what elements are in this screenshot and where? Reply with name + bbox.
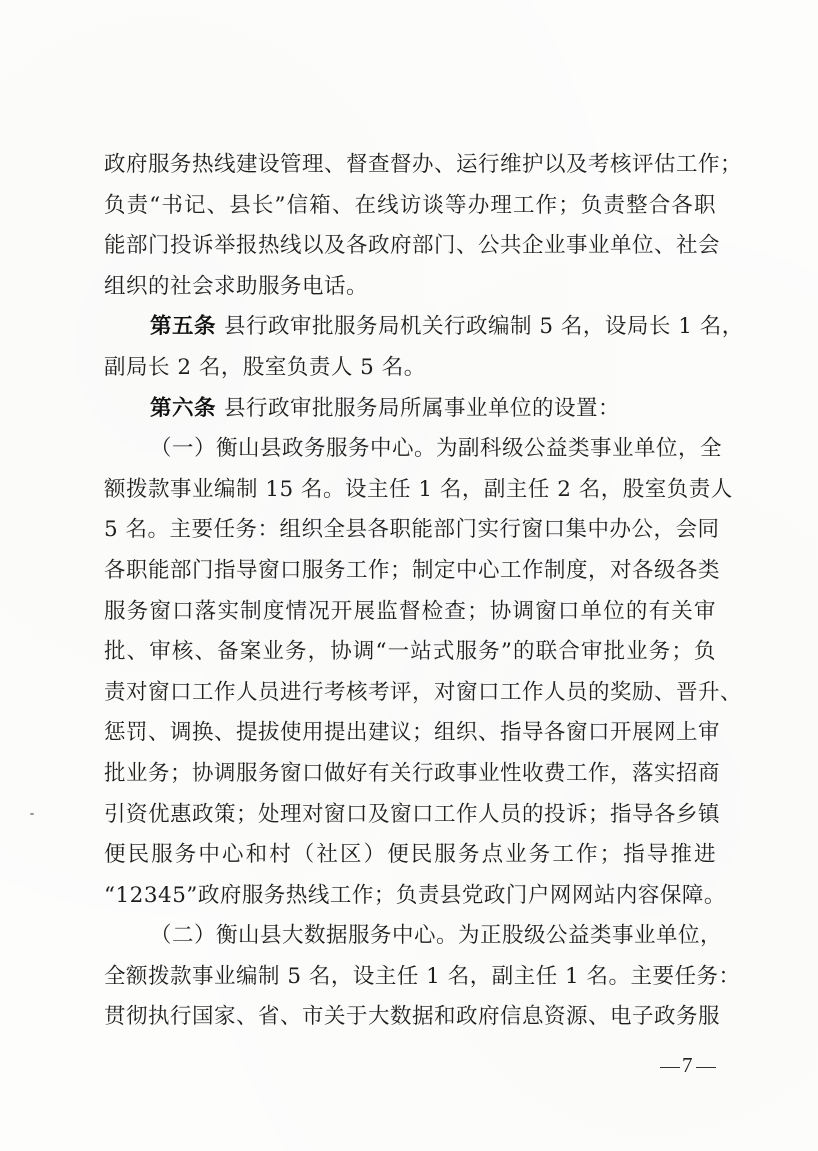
article-5-heading: 第五条 xyxy=(150,314,216,339)
scan-speck xyxy=(118,641,121,643)
section-1-line: （一）衡山县政务服务中心。为副科级公益类事业单位，全 xyxy=(104,429,716,470)
section-2-line: 贯彻执行国家、省、市关于大数据和政府信息资源、电子政务服 xyxy=(104,997,716,1038)
section-1-line: 额拨款事业编制 15 名。设主任 1 名，副主任 2 名，股室负责人 xyxy=(104,470,716,511)
section-1-line: 服务窗口落实制度情况开展监督检查；协调窗口单位的有关审 xyxy=(104,592,716,633)
article-6-line-1: 第六条县行政审批服务局所属事业单位的设置： xyxy=(104,389,716,430)
dash-left xyxy=(660,1067,680,1068)
document-body: 政府服务热线建设管理、督查督办、运行维护以及考核评估工作； 负责“书记、县长”信… xyxy=(104,145,716,1038)
section-1-line: “12345”政府服务热线工作；负责县党政门户网网站内容保障。 xyxy=(104,876,716,917)
section-1-line: 引资优惠政策；处理对窗口及窗口工作人员的投诉；指导各乡镇 xyxy=(104,795,716,836)
scan-speck xyxy=(30,813,34,815)
section-2-line: （二）衡山县大数据服务中心。为正股级公益类事业单位， xyxy=(104,916,716,957)
section-2-line: 全额拨款事业编制 5 名，设主任 1 名，副主任 1 名。主要任务： xyxy=(104,957,716,998)
section-1-line: 5 名。主要任务：组织全县各职能部门实行窗口集中办公，会同 xyxy=(104,510,716,551)
document-page: 政府服务热线建设管理、督查督办、运行维护以及考核评估工作； 负责“书记、县长”信… xyxy=(0,0,818,1151)
text-line: 政府服务热线建设管理、督查督办、运行维护以及考核评估工作； xyxy=(104,145,716,186)
dash-right xyxy=(696,1067,716,1068)
section-1-line: 惩罚、调换、提拔使用提出建议；组织、指导各窗口开展网上审 xyxy=(104,713,716,754)
text-line: 能部门投诉举报热线以及各政府部门、公共企业事业单位、社会 xyxy=(104,226,716,267)
page-number: 7 xyxy=(658,1053,718,1078)
article-6-heading: 第六条 xyxy=(150,396,216,421)
text-line: 负责“书记、县长”信箱、在线访谈等办理工作；负责整合各职 xyxy=(104,186,716,227)
text-line: 组织的社会求助服务电话。 xyxy=(104,267,716,308)
article-5-line-1: 第五条县行政审批服务局机关行政编制 5 名，设局长 1 名， xyxy=(104,307,716,348)
article-5-text: 县行政审批服务局机关行政编制 5 名，设局长 1 名， xyxy=(224,314,744,339)
section-1-line: 批业务；协调服务窗口做好有关行政事业性收费工作，落实招商 xyxy=(104,754,716,795)
section-1-line: 各职能部门指导窗口服务工作；制定中心工作制度，对各级各类 xyxy=(104,551,716,592)
section-1-line: 责对窗口工作人员进行考核考评，对窗口工作人员的奖励、晋升、 xyxy=(104,673,716,714)
section-1-line: 批、审核、备案业务，协调“一站式服务”的联合审批业务；负 xyxy=(104,632,716,673)
section-1-line: 便民服务中心和村（社区）便民服务点业务工作；指导推进 xyxy=(104,835,716,876)
article-5-line-2: 副局长 2 名，股室负责人 5 名。 xyxy=(104,348,716,389)
page-number-value: 7 xyxy=(682,1053,694,1077)
article-6-text: 县行政审批服务局所属事业单位的设置： xyxy=(224,396,620,421)
